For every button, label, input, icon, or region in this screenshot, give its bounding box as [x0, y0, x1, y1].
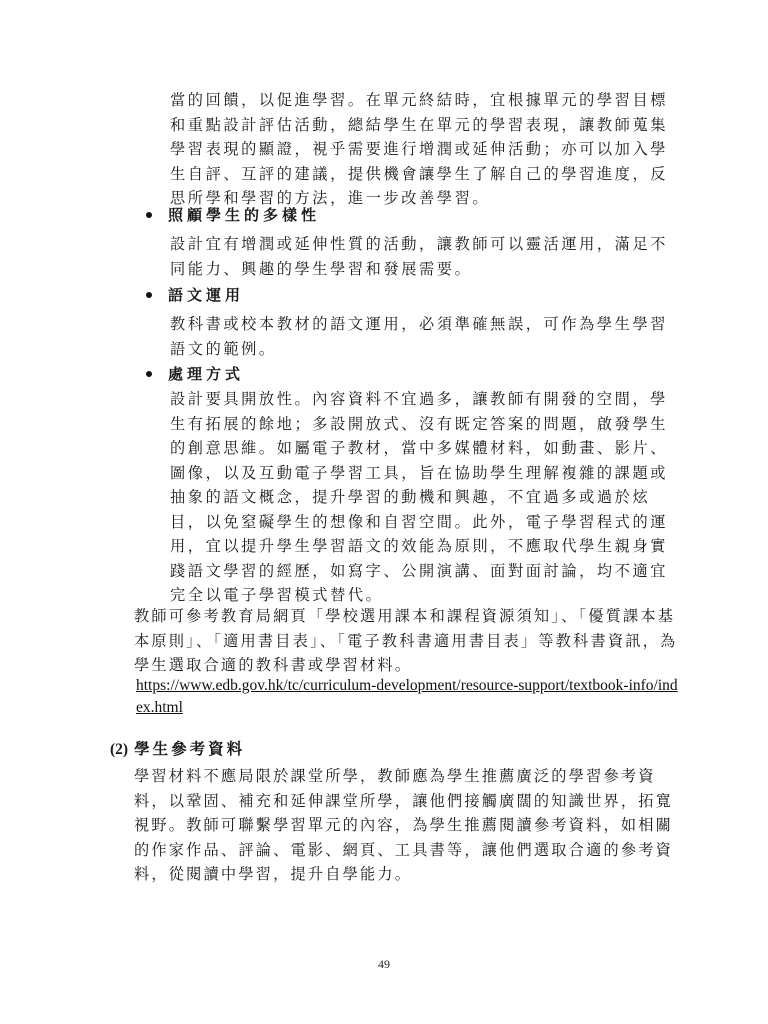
- bullet-icon: [146, 292, 152, 298]
- intro-paragraph: 當的回饋，以促進學習。在單元終結時，宜根據單元的學習目標和重點設計評估活動，總結…: [170, 88, 682, 211]
- section-title: 學生參考資料: [134, 740, 245, 758]
- page-number: 49: [378, 957, 390, 972]
- section-body: 學習材料不應局限於課堂所學，教師應為學生推薦廣泛的學習參考資料，以鞏固、補充和延…: [134, 764, 679, 887]
- bullet-body-language-use: 教科書或校本教材的語文運用，必須準確無誤，可作為學生學習語文的範例。: [170, 312, 682, 361]
- bullet-body-approach: 設計要具開放性。內容資料不宜過多，讓教師有開發的空間，學生有拓展的餘地；多設開放…: [170, 387, 682, 608]
- bullet-icon: [146, 212, 152, 218]
- section-heading: (2)學生參考資料: [110, 737, 245, 759]
- bullet-body-diversity: 設計宜有增潤或延伸性質的活動，讓教師可以靈活運用，滿足不同能力、興趣的學生學習和…: [170, 232, 682, 281]
- section-number: (2): [110, 741, 128, 758]
- reference-link[interactable]: https://www.edb.gov.hk/tc/curriculum-dev…: [136, 675, 681, 719]
- bullet-heading-language-use: 語文運用: [168, 284, 244, 305]
- bullet-icon: [146, 371, 152, 377]
- reference-paragraph: 教師可參考教育局網頁「學校選用課本和課程資源須知」、「優質課本基本原則」、「適用…: [134, 604, 679, 678]
- bullet-heading-diversity: 照顧學生的多樣性: [168, 204, 320, 225]
- bullet-heading-approach: 處理方式: [168, 363, 244, 384]
